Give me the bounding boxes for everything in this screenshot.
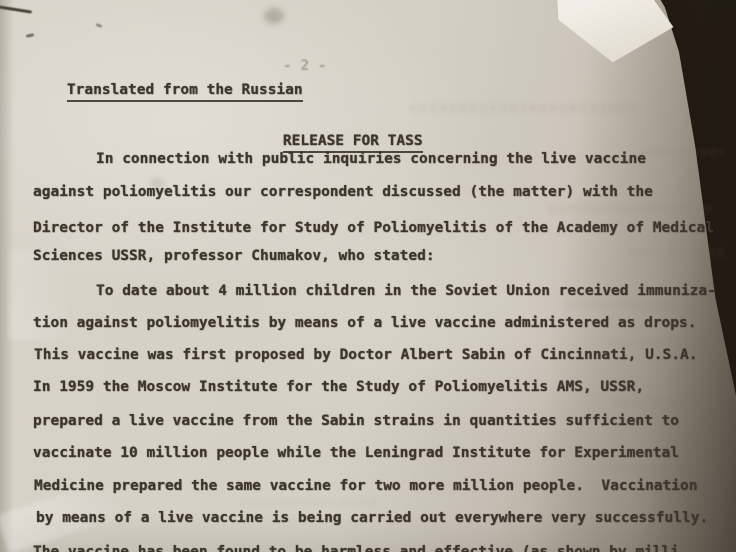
show-through-mark xyxy=(566,300,716,309)
show-through-mark xyxy=(240,498,380,507)
text-line: Medicine prepared the same vaccine for t… xyxy=(34,478,697,494)
text-line: tion against poliomyelitis by means of a… xyxy=(33,315,696,331)
text-line: prepared a live vaccine from the Sabin s… xyxy=(33,413,679,429)
corner-scratch-mark xyxy=(26,33,34,38)
translated-note-text: Translated from the Russian xyxy=(67,82,303,102)
second-sheet-corner xyxy=(552,0,684,66)
show-through-mark xyxy=(410,104,640,113)
text-line: by means of a live vaccine is being carr… xyxy=(36,510,708,526)
document-photo: Translated from the Russian - 2 - RELEAS… xyxy=(0,0,736,552)
page-number: - 2 - xyxy=(283,58,327,74)
text-line: In 1959 the Moscow Institute for the Stu… xyxy=(33,379,644,395)
text-line: The vaccine has been found to be harmles… xyxy=(33,544,679,552)
text-line: vaccinate 10 million people while the Le… xyxy=(33,445,679,461)
text-line: To date about 4 million children in the … xyxy=(96,283,716,299)
ink-smudge xyxy=(264,8,284,24)
text-line: This vaccine was first proposed by Docto… xyxy=(34,347,697,363)
show-through-mark xyxy=(612,398,717,407)
show-through-mark xyxy=(600,464,715,473)
show-through-mark xyxy=(608,338,718,347)
text-line: In connection with public inquiries conc… xyxy=(96,151,646,167)
show-through-mark xyxy=(548,204,713,213)
text-line: against poliomyelitis our correspondent … xyxy=(33,184,653,200)
document-title-text: RELEASE FOR TASS xyxy=(283,133,423,153)
show-through-mark xyxy=(640,148,725,157)
corner-scratch-mark xyxy=(96,23,103,28)
show-through-mark xyxy=(628,248,728,257)
translated-note: Translated from the Russian xyxy=(32,66,303,114)
text-line: Sciences USSR, professor Chumakov, who s… xyxy=(33,248,435,264)
text-line: Director of the Institute for Study of P… xyxy=(33,220,714,236)
